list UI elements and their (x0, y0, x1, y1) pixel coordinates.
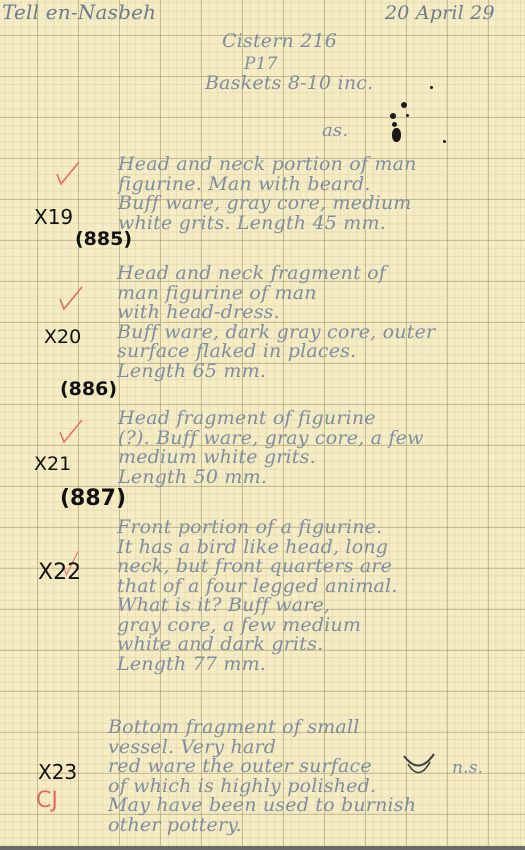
entry-description: Front portion of a figurine. It has a bi… (117, 518, 398, 674)
catalog-number: (886) (60, 378, 117, 400)
red-checkmark-icon (58, 418, 84, 444)
object-number: X20 (44, 326, 81, 348)
ink-blot (392, 122, 397, 127)
vessel-profile-sketch-icon (402, 752, 436, 782)
side-note: n.s. (452, 758, 483, 778)
ink-blot (430, 86, 433, 89)
red-checkmark-icon (58, 285, 84, 311)
area-code: P17 (244, 54, 278, 74)
entry-description: Head fragment of figurine (?). Buff ware… (118, 409, 424, 487)
object-number: X21 (34, 453, 71, 475)
recorder-initials: as. (322, 120, 348, 141)
ink-blot (401, 102, 407, 108)
object-number: X22 (38, 560, 81, 585)
red-checkmark-icon (55, 160, 81, 186)
ink-blot (390, 113, 396, 119)
page-edge (0, 846, 525, 850)
baskets: Baskets 8-10 inc. (205, 72, 373, 94)
site-name: Tell en-Nasbeh (2, 0, 156, 24)
ink-blot (443, 140, 446, 143)
entry-description: Head and neck portion of man figurine. M… (118, 155, 417, 233)
red-annotation: CJ (36, 788, 58, 813)
entry-description: Bottom fragment of small vessel. Very ha… (108, 718, 416, 835)
entry-description: Head and neck fragment of man figurine o… (117, 264, 435, 381)
ink-blot (392, 128, 401, 142)
locus-cistern: Cistern 216 (222, 30, 337, 52)
ink-blot (406, 114, 409, 117)
object-number: X23 (38, 760, 77, 784)
date: 20 April 29 (385, 2, 495, 24)
object-number: X19 (34, 205, 73, 229)
catalog-number: (887) (60, 486, 126, 511)
